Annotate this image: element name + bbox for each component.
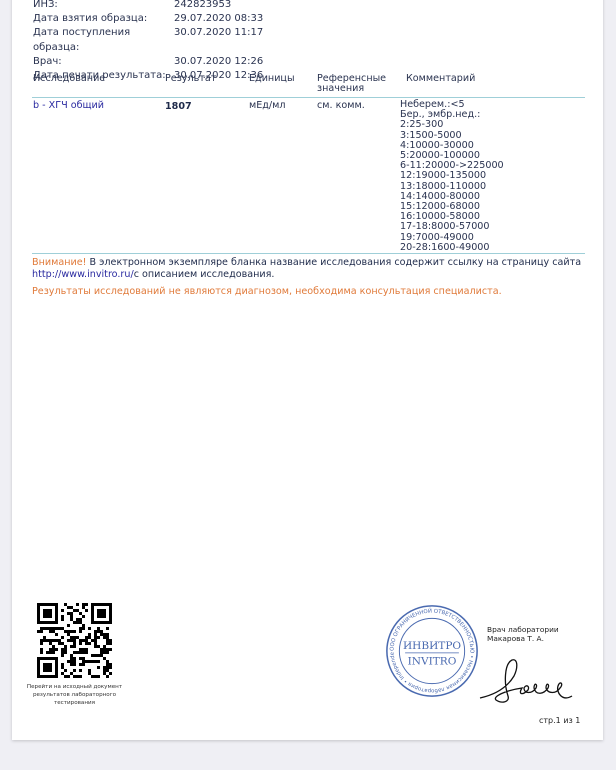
info-row-doctor: Врач: 30.07.2020 12:26 [33, 55, 263, 69]
test-name-link[interactable]: b - ХГЧ общий [33, 101, 104, 111]
stamp-title: ИНВИТРО [403, 640, 461, 652]
notice: Внимание! В электронном экземпляре бланк… [32, 257, 592, 281]
qr-code[interactable] [37, 603, 112, 678]
header-comment: Комментарий [406, 74, 475, 84]
info-row-sample-received: Дата поступления образца: 30.07.2020 11:… [33, 26, 263, 54]
lab-stamp: ООО ОГРАНИЧЕННОЙ ОТВЕТСТВЕННОСТЬЮ • Неза… [384, 603, 480, 699]
info-value: 30.07.2020 12:26 [174, 55, 263, 69]
result-document-page: ИНЗ: 242823953 Дата взятия образца: 29.0… [12, 0, 603, 740]
info-label: ИНЗ: [33, 0, 174, 12]
page-number: стр.1 из 1 [539, 716, 580, 725]
warning-label: Внимание! [32, 257, 86, 268]
invitro-link[interactable]: http://www.invitro.ru/ [32, 269, 134, 280]
header-result: Результат [165, 74, 216, 84]
info-value: 30.07.2020 11:17 [174, 26, 263, 54]
row-divider [32, 253, 585, 254]
header-divider [32, 97, 585, 98]
info-label: Дата поступления образца: [33, 26, 174, 54]
test-reference: см. комм. [317, 101, 365, 111]
info-label: Врач: [33, 55, 174, 69]
disclaimer: Результаты исследований не являются диаг… [32, 286, 502, 297]
info-row-sample-taken: Дата взятия образца: 29.07.2020 08:33 [33, 12, 263, 26]
test-result: 1807 [165, 102, 192, 112]
patient-info: ИНЗ: 242823953 Дата взятия образца: 29.0… [33, 0, 263, 83]
test-comment: Неберем.:<5Бер., эмбр.нед.:2:25-3003:150… [400, 100, 504, 253]
header-test: Исследование [33, 74, 105, 84]
info-value: 29.07.2020 08:33 [174, 12, 263, 26]
stamp-subtitle: INVITRO [408, 655, 457, 667]
doctor-signature [478, 650, 578, 710]
qr-caption: Перейти на исходный документ результатов… [22, 683, 127, 707]
warning-text: В электронном экземпляре бланка название… [86, 257, 581, 268]
info-label: Дата взятия образца: [33, 12, 174, 26]
test-units: мЕд/мл [249, 101, 286, 111]
info-row-inz: ИНЗ: 242823953 [33, 0, 263, 12]
doctor-info: Врач лаборатории Макарова Т. А. [487, 625, 559, 643]
info-value: 242823953 [174, 0, 231, 12]
doctor-title: Врач лаборатории [487, 625, 559, 634]
comment-line: 20-28:1600-49000 [400, 243, 504, 253]
doctor-name: Макарова Т. А. [487, 634, 559, 643]
link-suffix: с описанием исследования. [134, 269, 275, 280]
header-units: Единицы [249, 74, 295, 84]
header-reference: Референсные значения [317, 74, 386, 94]
header-reference-line2: значения [317, 84, 386, 94]
